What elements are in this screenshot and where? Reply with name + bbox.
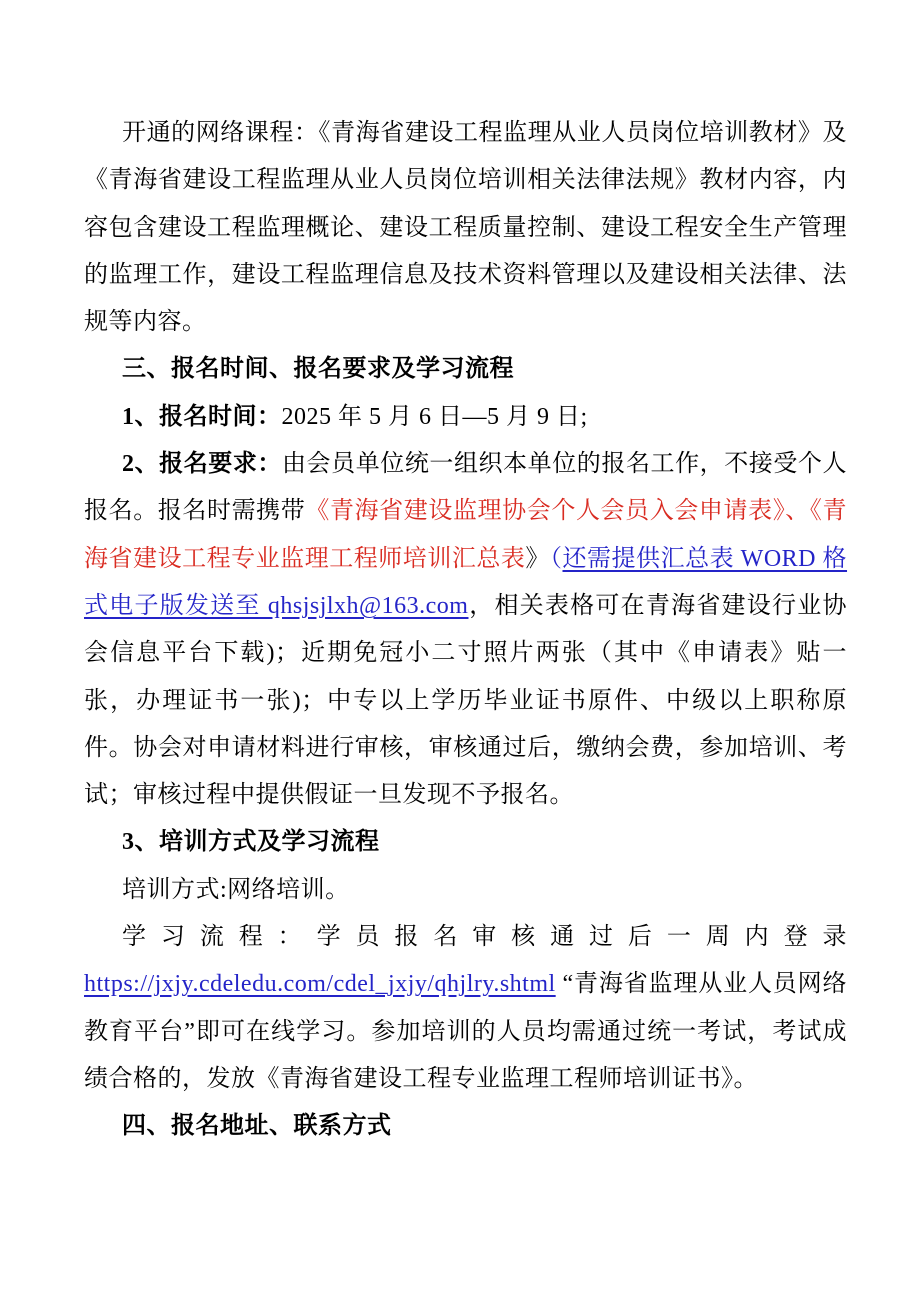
heading-training-method: 3、培训方式及学习流程 bbox=[84, 819, 847, 866]
paragraph-learning-flow: 学习流程：学员报名审核通过后一周内登录 https://jxjy.cdeledu… bbox=[84, 914, 847, 1103]
heading-section-four: 四、报名地址、联系方式 bbox=[84, 1103, 847, 1150]
paragraph-signup-requirements: 2、报名要求：由会员单位统一组织本单位的报名工作，不接受个人报名。报名时需携带《… bbox=[84, 441, 847, 819]
opening-paren: （ bbox=[550, 546, 563, 572]
paragraph-course-content: 开通的网络课程：《青海省建设工程监理从业人员岗位培训教材》及《青海省建设工程监理… bbox=[84, 110, 847, 346]
learning-flow-lead: 学习流程：学员报名审核通过后一周内登录 bbox=[122, 924, 847, 950]
document-page: 开通的网络课程：《青海省建设工程监理从业人员岗位培训教材》及《青海省建设工程监理… bbox=[0, 0, 919, 1311]
paragraph-training-method: 培训方式:网络培训。 bbox=[84, 867, 847, 914]
heading-section-three: 三、报名时间、报名要求及学习流程 bbox=[84, 346, 847, 393]
training-platform-url-link[interactable]: https://jxjy.cdeledu.com/cdel_jxjy/qhjlr… bbox=[84, 971, 556, 997]
signup-requirements-rest: ，相关表格可在青海省建设行业协会信息平台下载)；近期免冠小二寸照片两张（其中《申… bbox=[84, 593, 847, 808]
signup-time-value: 2025 年 5 月 6 日—5 月 9 日; bbox=[282, 404, 588, 430]
paragraph-signup-time: 1、报名时间：2025 年 5 月 6 日—5 月 9 日; bbox=[84, 394, 847, 441]
signup-time-label: 1、报名时间： bbox=[122, 404, 282, 430]
closing-bracket: 》 bbox=[525, 546, 550, 572]
signup-requirements-label: 2、报名要求： bbox=[122, 451, 282, 477]
